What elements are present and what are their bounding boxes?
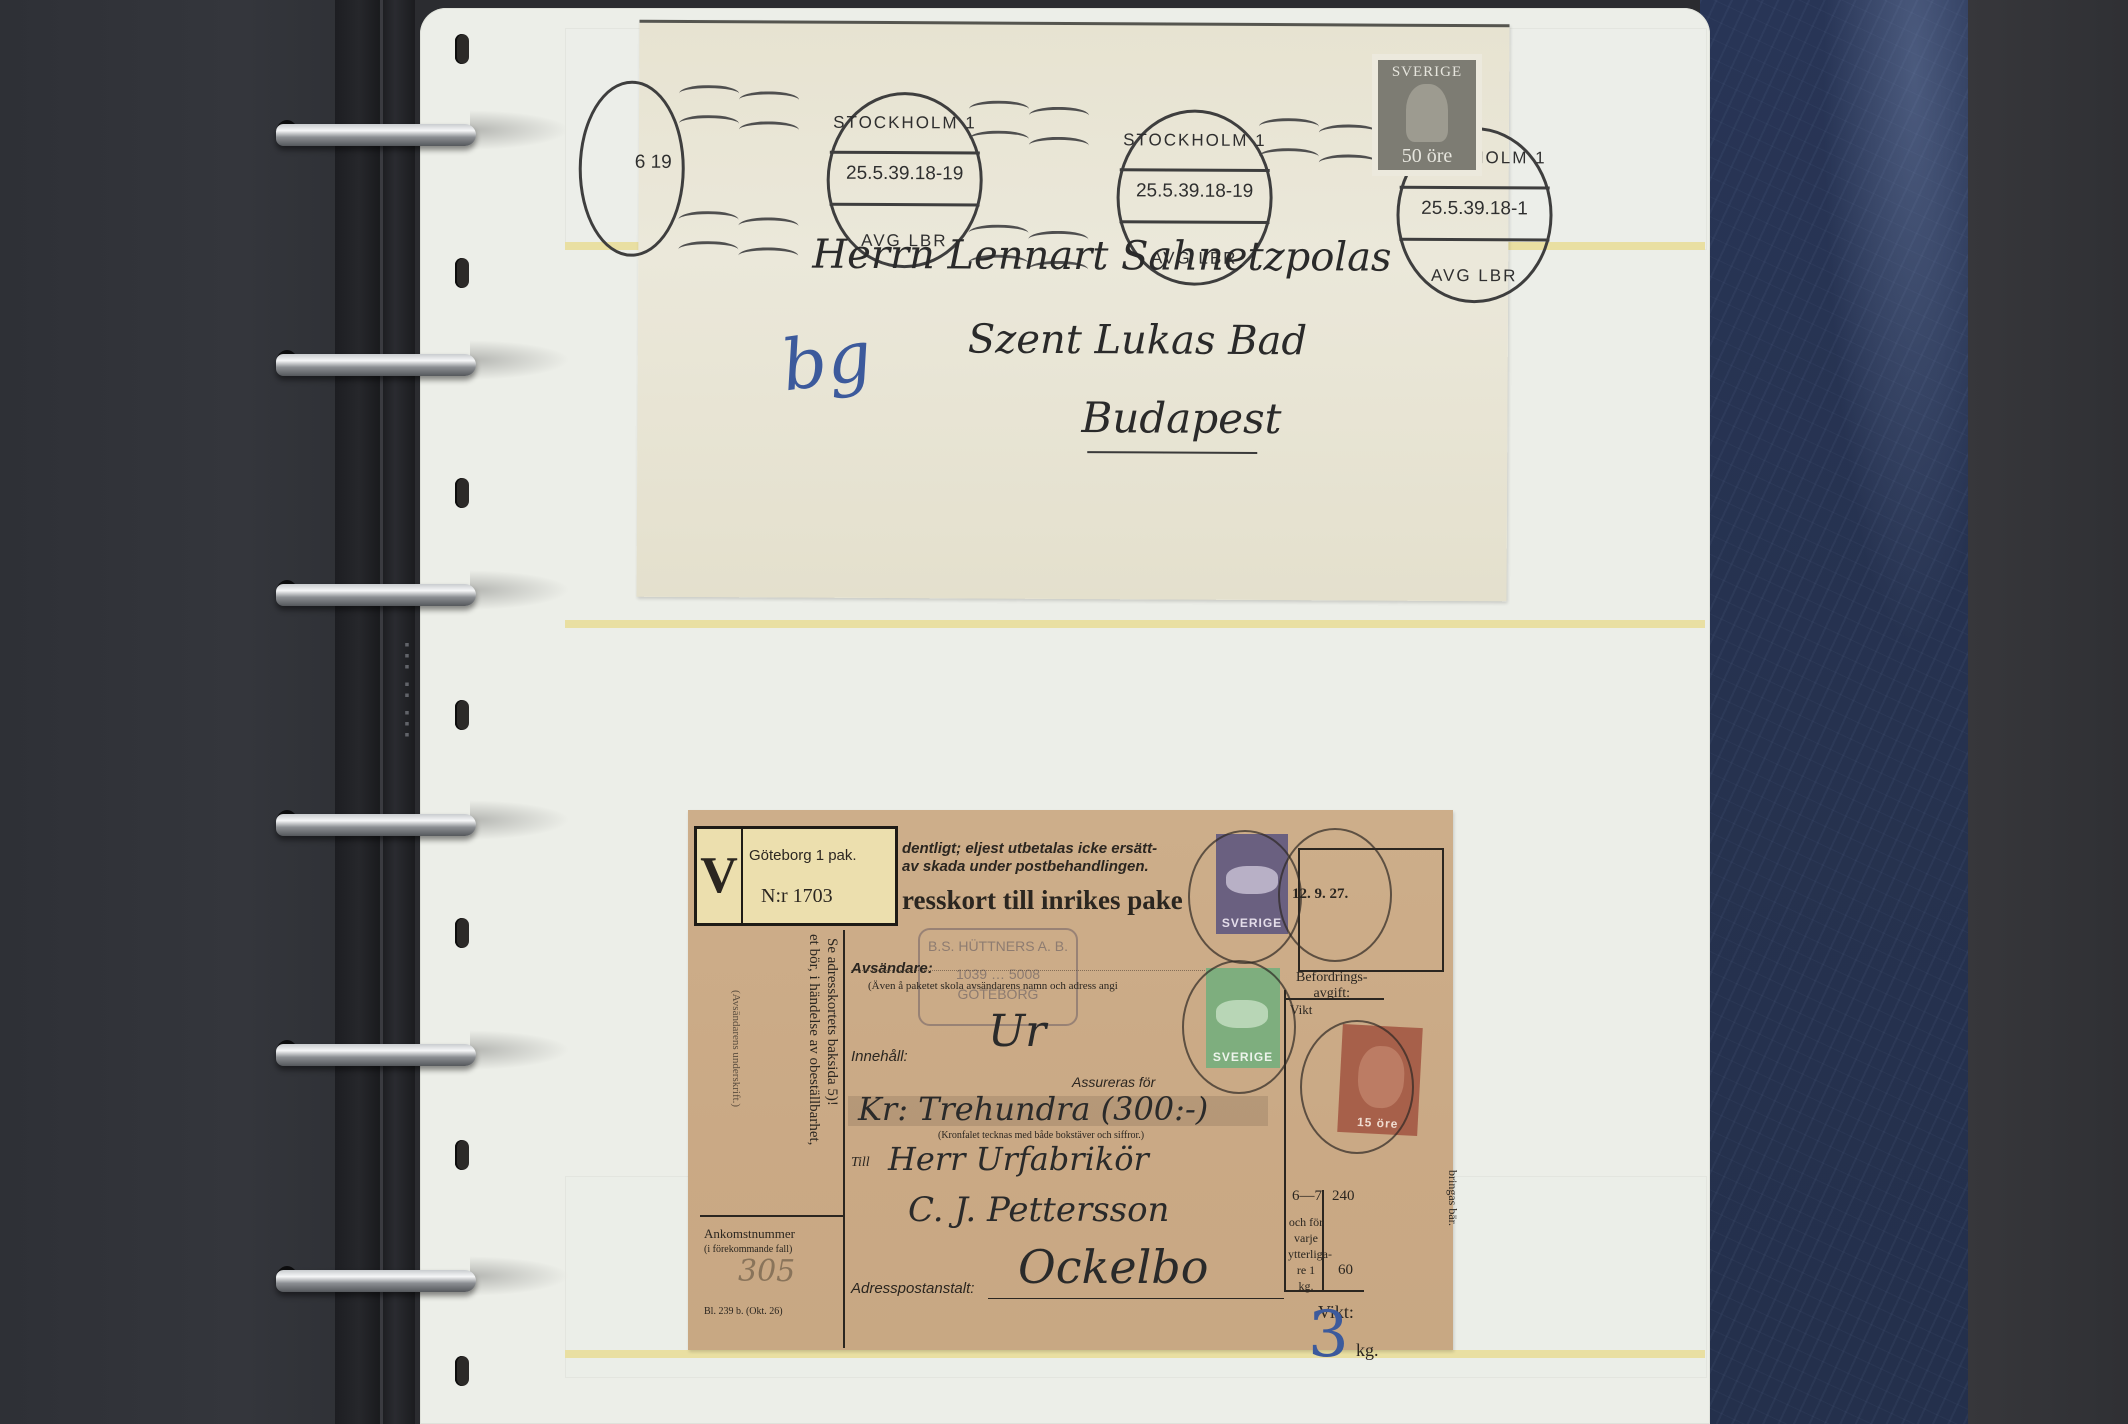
- ring-shadow: [470, 1256, 570, 1296]
- punch-hole: [455, 258, 469, 288]
- handwritten-destination: Ockelbo: [1018, 1240, 1208, 1294]
- address-underline: [1087, 451, 1257, 454]
- pocket-strip-line: [565, 620, 1705, 628]
- punch-hole: [455, 1356, 469, 1386]
- binder-ring[interactable]: [276, 584, 476, 606]
- binder-ring[interactable]: [276, 814, 476, 836]
- machine-cancel-wave: [679, 85, 739, 102]
- pocket-strip-line: [565, 1350, 1705, 1358]
- ring-shadow: [470, 800, 570, 840]
- spine-groove: [380, 0, 383, 1424]
- stamp-sverige-50-ore[interactable]: SVERIGE 50 öre: [1378, 60, 1476, 170]
- machine-cancel-wave: [1319, 154, 1379, 171]
- machine-cancel-wave: [738, 217, 798, 234]
- machine-cancel-wave: [678, 211, 738, 228]
- address-line-3: Budapest: [1081, 393, 1281, 443]
- machine-cancel-wave: [1319, 124, 1379, 141]
- handwritten-insured-amount: Kr: Trehundra (300:-): [858, 1090, 1208, 1128]
- ring-shadow: [470, 1030, 570, 1070]
- address-line-1: Herrn Lennart Sahnetzpolas: [812, 232, 1391, 281]
- postmark-goteborg: [1182, 960, 1296, 1094]
- punch-hole: [455, 478, 469, 508]
- card-title: resskort till inrikes pake: [902, 885, 1183, 916]
- postmark-partial: 6 19: [578, 80, 685, 257]
- machine-cancel-wave: [679, 115, 739, 132]
- parcel-address-card[interactable]: V Göteborg 1 pak. N:r 1703 dentligt; elj…: [688, 810, 1453, 1350]
- binder-ring[interactable]: [276, 124, 476, 146]
- ring-shadow: [470, 570, 570, 610]
- background-surface: [1968, 0, 2128, 1424]
- punch-hole: [455, 918, 469, 948]
- machine-cancel-wave: [738, 247, 798, 264]
- blue-pencil-mark: bg: [777, 314, 877, 407]
- stamp-album-photo: ▪▪▪ ▪▪ ▪▪▪: [0, 0, 2128, 1424]
- binder-cover-left: [0, 0, 345, 1424]
- binder-cover-right-blue: [1700, 0, 1968, 1424]
- postmark-goteborg: 12. 9. 27.: [1278, 828, 1392, 962]
- handwritten-contents: Ur: [988, 1006, 1046, 1057]
- machine-cancel-wave: [1029, 137, 1089, 154]
- registration-label-v: V Göteborg 1 pak. N:r 1703: [694, 826, 898, 926]
- machine-cancel-wave: [678, 241, 738, 258]
- spine-label: ▪▪▪ ▪▪ ▪▪▪: [388, 640, 412, 750]
- punch-hole: [455, 34, 469, 64]
- punch-hole: [455, 700, 469, 730]
- postmark-goteborg: [1300, 1020, 1414, 1154]
- machine-cancel-wave: [739, 121, 799, 138]
- binder-ring[interactable]: [276, 354, 476, 376]
- king-portrait: [1406, 84, 1448, 142]
- ring-shadow: [470, 340, 570, 380]
- handwritten-addressee-1: Herr Urfabrikör: [888, 1140, 1149, 1178]
- binder-ring[interactable]: [276, 1270, 476, 1292]
- address-line-2: Szent Lukas Bad: [968, 316, 1307, 364]
- machine-cancel-wave: [1029, 107, 1089, 124]
- machine-cancel-wave: [739, 91, 799, 108]
- handwritten-addressee-2: C. J. Pettersson: [908, 1190, 1169, 1230]
- arrival-number: 305: [738, 1254, 795, 1289]
- ring-shadow: [470, 110, 570, 150]
- binder-ring[interactable]: [276, 1044, 476, 1066]
- handwritten-weight: 3: [1308, 1298, 1349, 1372]
- punch-hole: [455, 1140, 469, 1170]
